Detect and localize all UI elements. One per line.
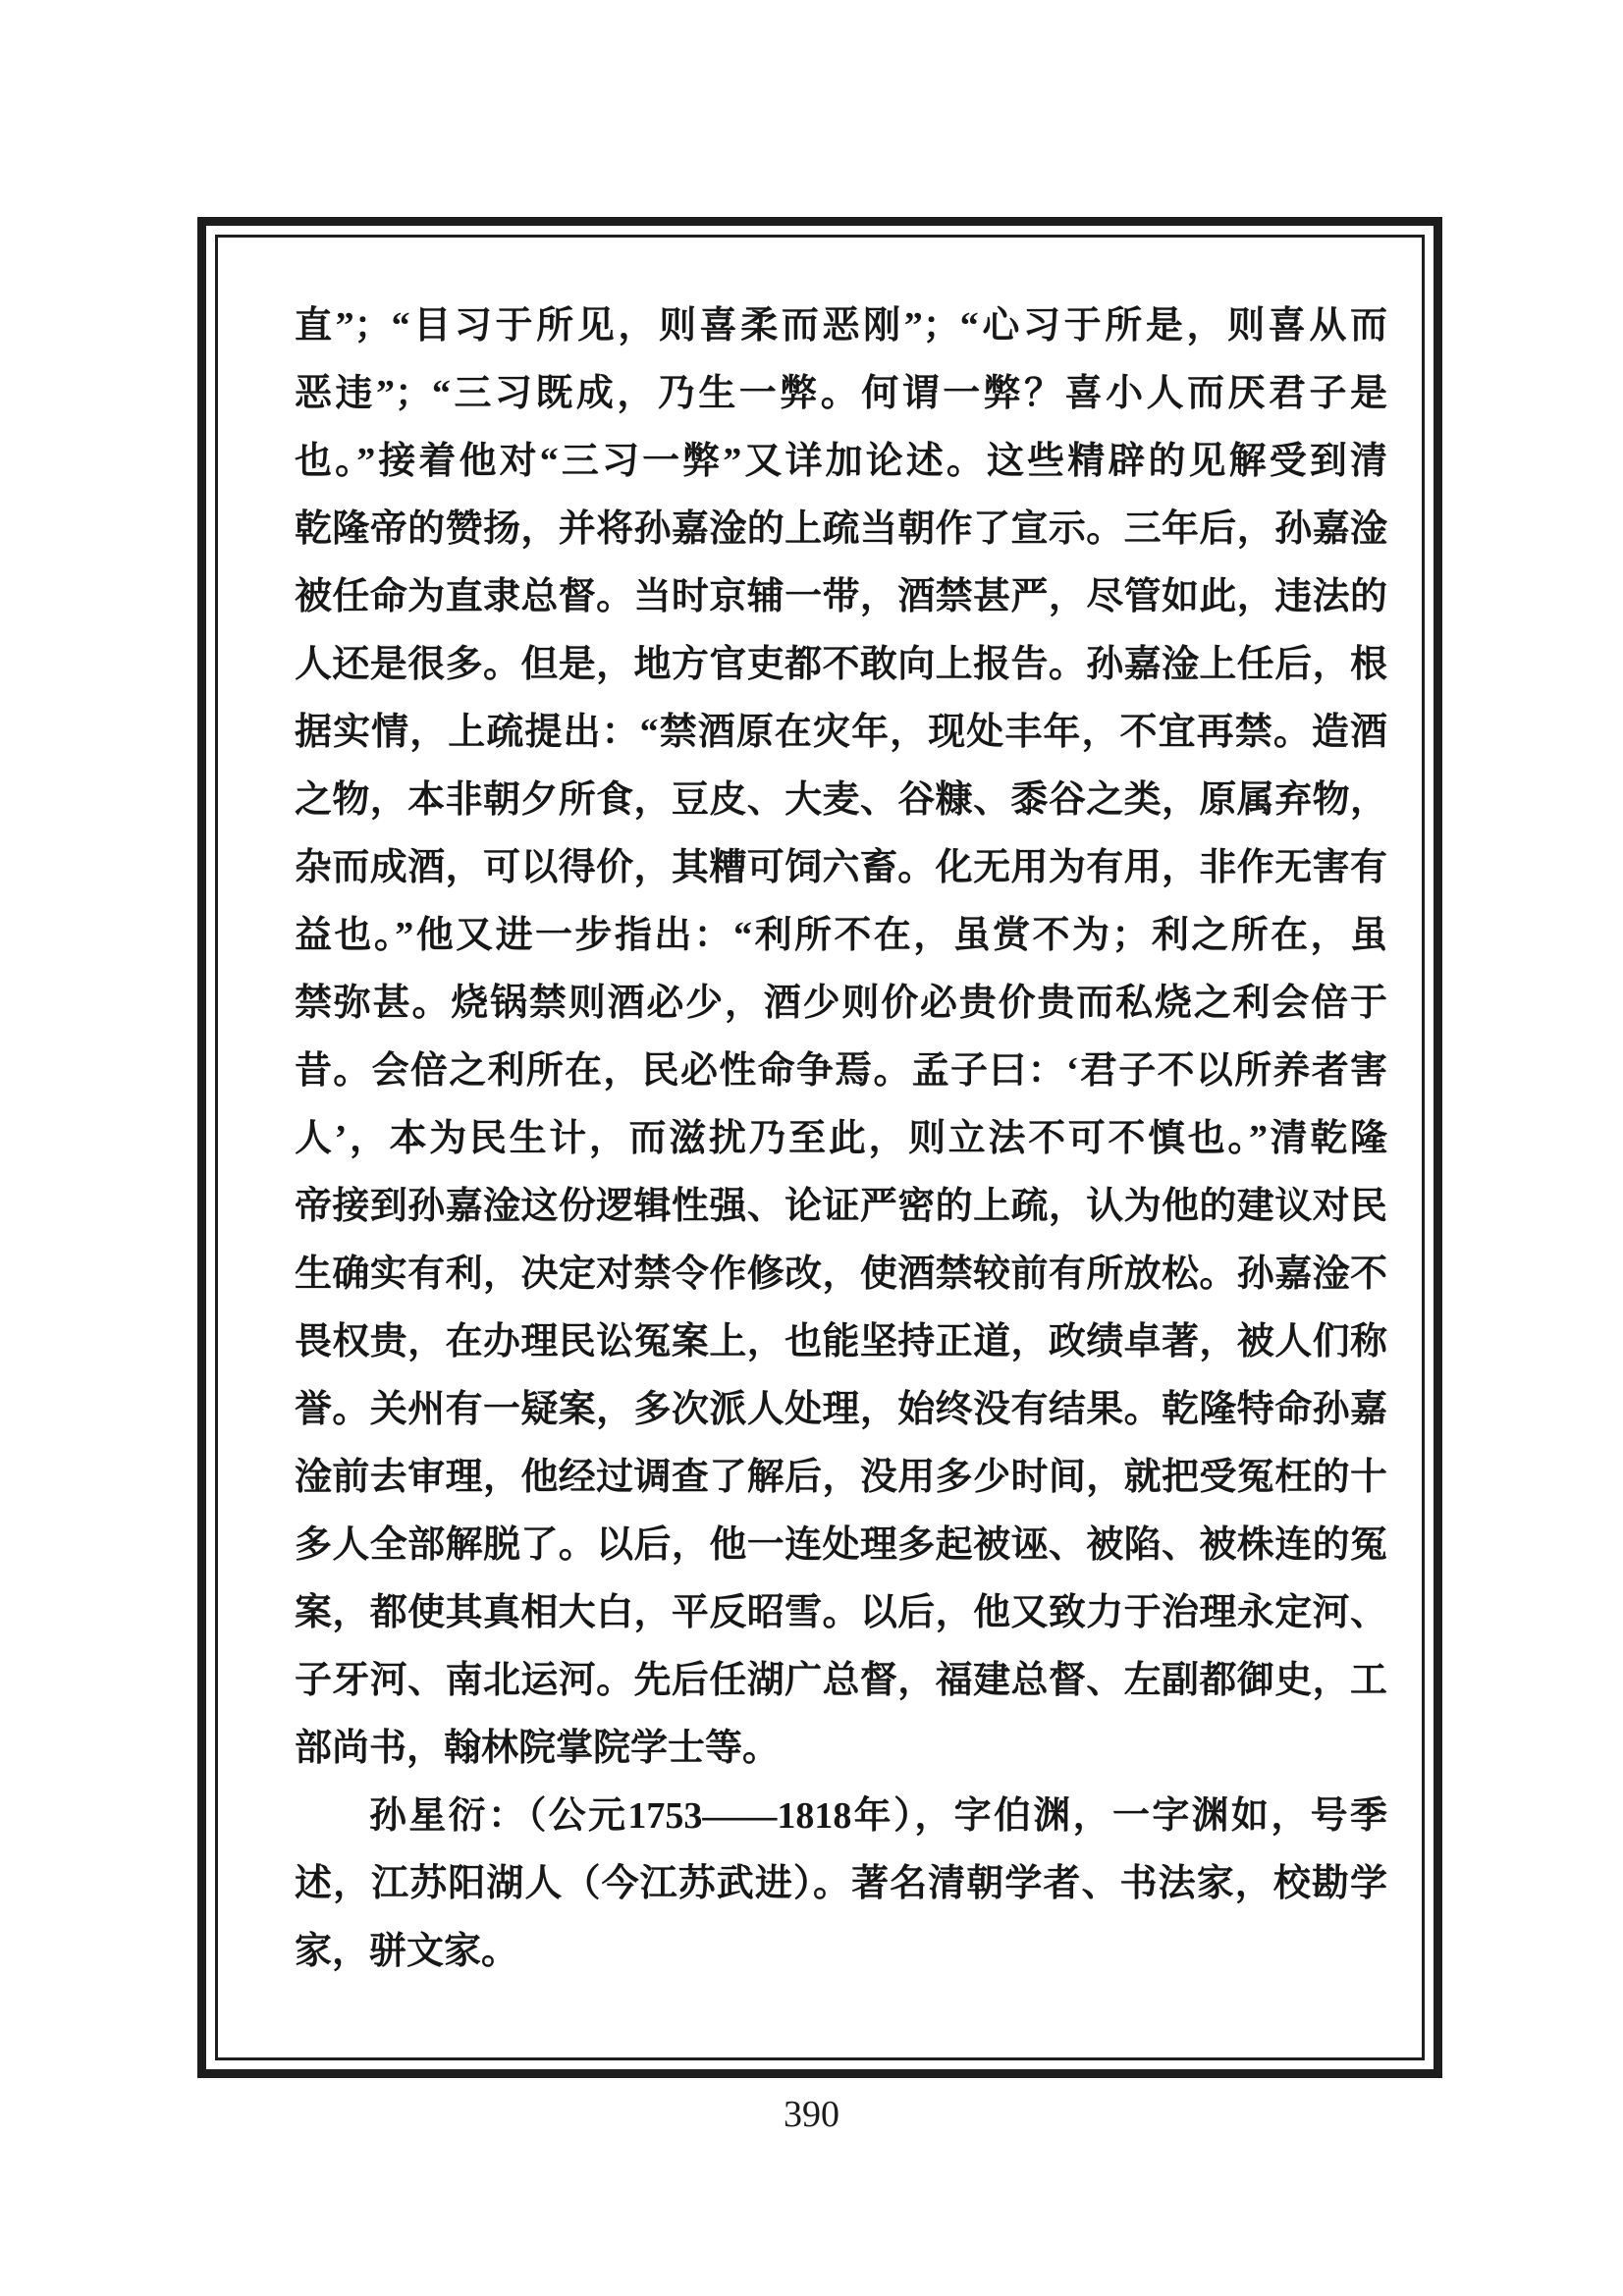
page-outer-border: 直”；“目习于所见，则喜柔而恶刚”；“心习于所是，则喜从而 恶违”；“三习既成，… [197,217,1442,2078]
text-line: 禁弥甚。烧锅禁则酒必少，酒少则价必贵价贵而私烧之利会倍于 [295,970,1387,1038]
text-line: 多人全部解脱了。以后，他一连处理多起被诬、被陷、被株连的冤 [295,1512,1387,1579]
text-line: 也。”接着他对“三习一弊”又详加论述。这些精辟的见解受到清 [295,428,1387,496]
text-line: 之物，本非朝夕所食，豆皮、大麦、谷糠、黍谷之类，原属弃物， [295,767,1387,834]
text-line: 恶违”；“三习既成，乃生一弊。何谓一弊？喜小人而厌君子是 [295,360,1387,428]
text-line: 案，都使其真相大白，平反昭雪。以后，他又致力于治理永定河、 [295,1579,1387,1647]
text-line: 昔。会倍之利所在，民必性命争焉。孟子曰：‘君子不以所养者害 [295,1038,1387,1105]
text-line-paragraph-end: 部尚书，翰林院掌院学士等。 [295,1715,1387,1783]
text-line: 人’，本为民生计，而滋扰乃至此，则立法不可不慎也。”清乾隆 [295,1105,1387,1173]
text-line: 帝接到孙嘉淦这份逻辑性强、论证严密的上疏，认为他的建议对民 [295,1173,1387,1241]
text-line: 乾隆帝的赞扬，并将孙嘉淦的上疏当朝作了宣示。三年后，孙嘉淦 [295,496,1387,563]
text-line: 畏权贵，在办理民讼冤案上，也能坚持正道，政绩卓著，被人们称 [295,1308,1387,1376]
text-block: 直”；“目习于所见，则喜柔而恶刚”；“心习于所是，则喜从而 恶违”；“三习既成，… [295,293,1387,1986]
text-line: 誉。关州有一疑案，多次派人处理，始终没有结果。乾隆特命孙嘉 [295,1376,1387,1444]
text-line: 杂而成酒，可以得价，其糟可饲六畜。化无用为有用，非作无害有 [295,834,1387,902]
text-line: 据实情，上疏提出：“禁酒原在灾年，现处丰年，不宜再禁。造酒 [295,699,1387,767]
page-number: 390 [0,2093,1623,2136]
text-line: 直”；“目习于所见，则喜柔而恶刚”；“心习于所是，则喜从而 [295,293,1387,360]
text-line: 人还是很多。但是，地方官吏都不敢向上报告。孙嘉淦上任后，根 [295,631,1387,699]
page-inner-border: 直”；“目习于所见，则喜柔而恶刚”；“心习于所是，则喜从而 恶违”；“三习既成，… [215,235,1425,2060]
text-line: 生确实有利，决定对禁令作修改，使酒禁较前有所放松。孙嘉淦不 [295,1241,1387,1308]
text-line-paragraph-start: 孙星衍：（公元1753——1818年），字伯渊，一字渊如，号季 [295,1783,1387,1850]
text-line: 被任命为直隶总督。当时京辅一带，酒禁甚严，尽管如此，违法的 [295,563,1387,631]
text-line: 益也。”他又进一步指出：“利所不在，虽赏不为；利之所在，虽 [295,902,1387,970]
text-line: 述，江苏阳湖人（今江苏武进）。著名清朝学者、书法家，校勘学 [295,1850,1387,1918]
text-line: 子牙河、南北运河。先后任湖广总督，福建总督、左副都御史，工 [295,1647,1387,1715]
text-line: 淦前去审理，他经过调查了解后，没用多少时间，就把受冤枉的十 [295,1444,1387,1512]
text-line-paragraph-end: 家，骈文家。 [295,1918,1387,1986]
